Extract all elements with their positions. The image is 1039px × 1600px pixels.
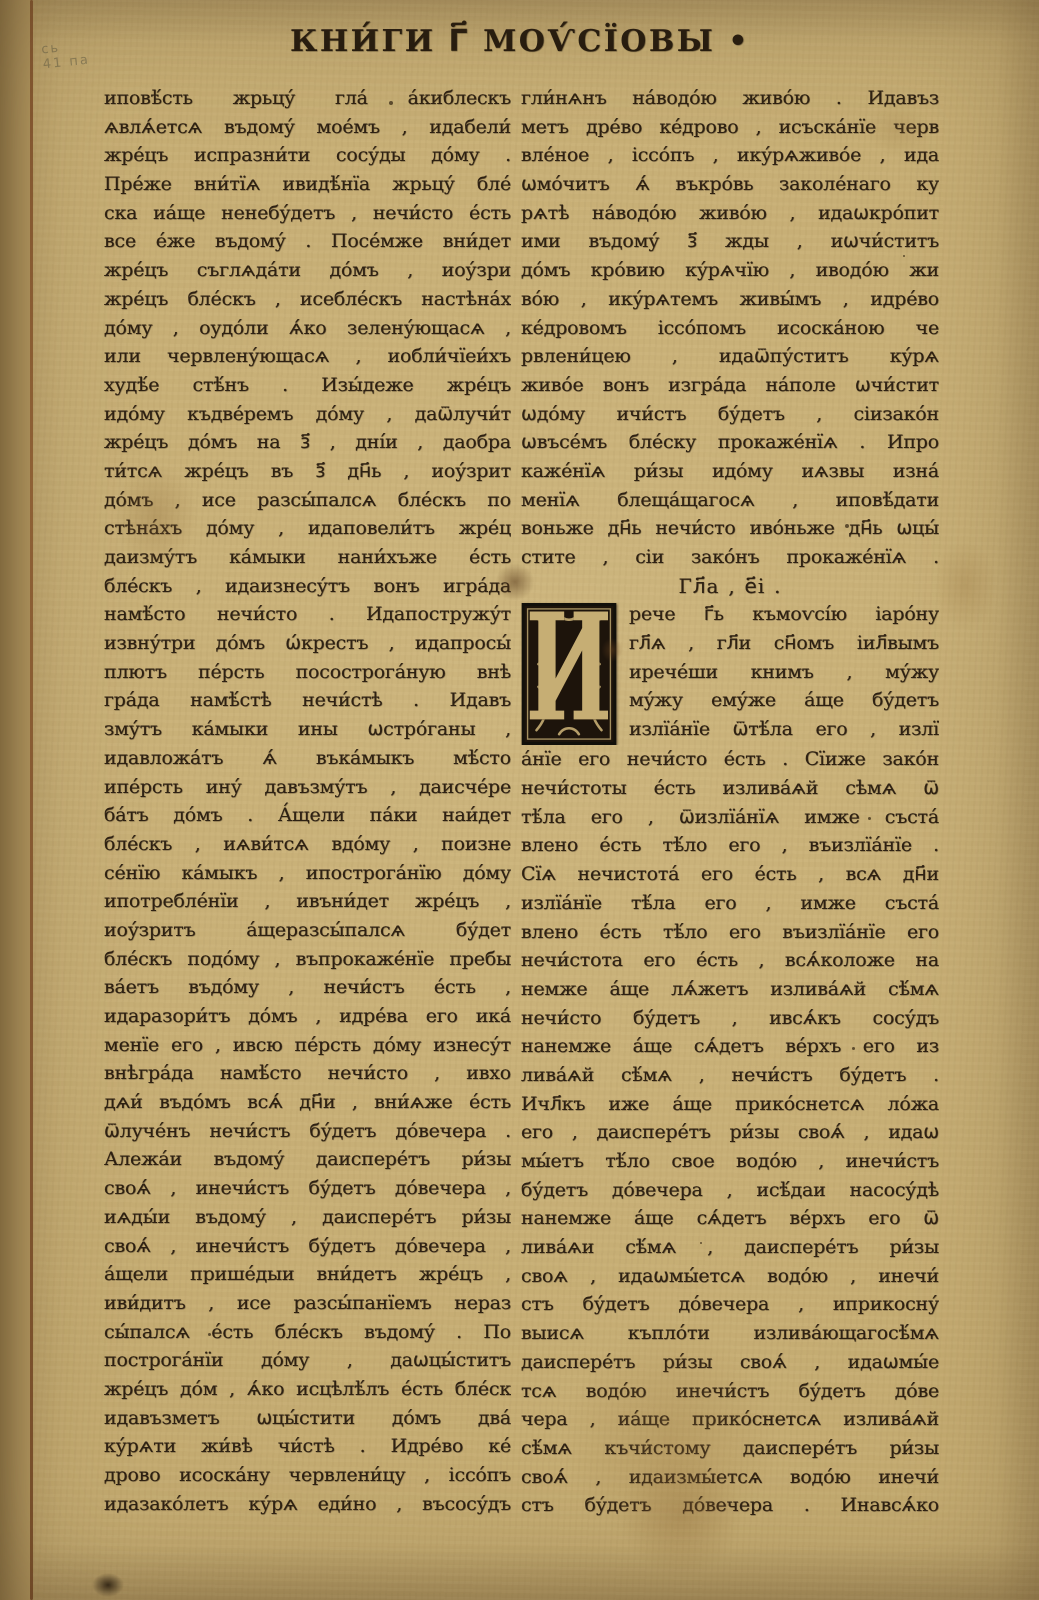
text-line: иоу́зритъ а́щеразсы́палсѧ бу́дет xyxy=(104,916,511,945)
text-line: мы́етъ тѣ́ло свое водо́ю , инечи́стъ xyxy=(521,1147,939,1176)
text-line: до́му , оудо́ли ѧ́ко зелену́ющасѧ , xyxy=(104,314,511,343)
text-line: нанемже а́ще сѧ́детъ ве́рхъ его ѿ xyxy=(521,1204,939,1233)
text-line: дѧи́ въдо́мъ всѧ́ дн҃и , вни́ѧже е́сть xyxy=(104,1088,511,1117)
text-line: ѡмо́читъ ѧ́ въкро́вь заколе́наго ку xyxy=(521,170,939,199)
text-line: Сїѧ нечистота́ его е́сть , всѧ дн҃и xyxy=(521,860,939,889)
stain xyxy=(88,1570,128,1600)
text-line: ѧвлѧ́етсѧ въдому́ мое́мъ , идабели́ xyxy=(104,113,511,142)
text-line: жре́цъ бле́скъ , исебле́скъ настѣна́х xyxy=(104,285,511,314)
text-line: рѧтѣ на́водо́ю живо́ю , идаѡкро́пит xyxy=(521,199,939,228)
text-line: менїе его , ивсю пе́рсть до́му изнесу́т xyxy=(104,1031,511,1060)
text-line: все е́же въдому́ . Посе́мже вни́дет xyxy=(104,227,511,256)
text-line: своѧ́ , инечи́стъ бу́детъ до́вечера , xyxy=(104,1174,511,1203)
text-line: худѣ́е стѣ́нъ . Изы́деже жре́цъ xyxy=(104,371,511,400)
svg-text:И: И xyxy=(525,603,612,745)
text-line: Пре́же вни́тїѧ ивидѣ́нїа жрьцу́ бле́ xyxy=(104,170,511,199)
text-line: живо́е вонъ изгра́да на́поле ѡчи́стит xyxy=(521,371,939,400)
text-line: ку́рѧти жи́вѣ чи́стѣ . Идре́во ке́ xyxy=(104,1432,511,1461)
text-line: гли́нѧнъ на́водо́ю живо́ю . Идавъз xyxy=(521,84,939,113)
chapter-opening-block: Ирече г҃ь къмоѵсі́ю іаро́нугл҃ѧ , гл҃и с… xyxy=(521,600,939,745)
text-line: жре́цъ до́м , ѧ́ко исцѣлѣ́лъ е́сть бле́с… xyxy=(104,1375,511,1404)
text-line: чера , иа́ще прико́снетсѧ излива́ѧй xyxy=(521,1405,939,1434)
text-line: своѧ , идаѡмы́етсѧ водо́ю , инечи́ xyxy=(521,1262,939,1291)
text-line: Алежа́и въдому́ даиспере́тъ ри́зы xyxy=(104,1145,511,1174)
text-line: бле́скъ , идаизнесу́тъ вонъ игра́да xyxy=(104,572,511,601)
text-line: лива́ѧй сѣ́мѧ , нечи́стъ бу́детъ . xyxy=(521,1061,939,1090)
text-line: немже а́ще лѧ́жетъ излива́ѧй сѣ́мѧ xyxy=(521,975,939,1004)
text-line: извну́три до́мъ ѡ́крестъ , идапросы́ xyxy=(104,629,511,658)
text-line: жре́цъ испразни́ти сосу́ды до́му . xyxy=(104,141,511,170)
text-line: сѣ́мѧ къчи́стому даиспере́тъ ри́зы xyxy=(521,1434,939,1463)
scanned-page: сь 41 па КНИ́ГИ Г҃ МОѴ́СЇОВЫ • иповѣ́сть… xyxy=(0,0,1039,1600)
text-line: влено е́сть тѣ́ло его въизлїа́нїе его xyxy=(521,918,939,947)
text-line: во́ю , ику́рѧтемъ живы́мъ , идре́во xyxy=(521,285,939,314)
text-line: построга́нїи до́му , даѡцы́ститъ xyxy=(104,1346,511,1375)
binding-edge xyxy=(0,0,30,1600)
text-line: или червлену́ющасѧ , иобли́чїеи́хъ xyxy=(104,342,511,371)
text-column-right: гли́нѧнъ на́водо́ю живо́ю . Идавъзметъ д… xyxy=(521,84,939,1520)
text-line: ипе́рсть ину́ давъзму́тъ , даисче́ре xyxy=(104,773,511,802)
text-line: стите , сіи зако́нъ прокаже́нїѧ . xyxy=(521,543,939,572)
text-line: его , даиспере́тъ ри́зы своѧ́ , идаѡ xyxy=(521,1118,939,1147)
text-line: излїа́нїе тѣ́ла его , имже съста́ xyxy=(521,889,939,918)
text-line: се́нїю ка́мыкъ , ипострога́нїю до́му xyxy=(104,859,511,888)
text-line: дрово исоска́ну червлени́цу , іссо́пъ xyxy=(104,1461,511,1490)
text-line: гра́да намѣ́стѣ нечи́стѣ . Идавъ xyxy=(104,686,511,715)
text-line: а́нїе его нечи́сто е́сть . Сїиже зако́н xyxy=(521,745,939,774)
text-line: иѧды́и въдому́ , даиспере́тъ ри́зы xyxy=(104,1203,511,1232)
text-line: намѣ́сто нечи́сто . Идапостружу́т xyxy=(104,600,511,629)
text-line: жре́цъ съглѧда́ти до́мъ , иоу́зри xyxy=(104,256,511,285)
text-line: нечи́стота его е́сть , всѧ́коложе на xyxy=(521,946,939,975)
text-line: плютъ пе́рсть посострога́ную внѣ xyxy=(104,658,511,687)
text-line: зму́тъ ка́мыки ины ѡстро́ганы , xyxy=(104,715,511,744)
text-line: ѿлуче́нъ нечи́стъ бу́детъ до́вечера . xyxy=(104,1117,511,1146)
text-line: идо́му къдве́ремъ до́му , даѿлучи́т xyxy=(104,400,511,429)
text-line: му́жу ему́же а́ще бу́детъ xyxy=(629,686,939,715)
handwritten-inscription: сь 41 па xyxy=(41,38,91,73)
text-line: бле́скъ подо́му , въпрокаже́нїе пребы xyxy=(104,945,511,974)
text-line: вле́ное , іссо́пъ , ику́рѧживо́е , ида xyxy=(521,141,939,170)
text-line: ѡдо́му ичи́стъ бу́детъ , сіизако́н xyxy=(521,400,939,429)
text-line: ба́тъ до́мъ . А́щели па́ки наи́дет xyxy=(104,801,511,830)
text-line: бле́скъ , иѧви́тсѧ вдо́му , поизне xyxy=(104,830,511,859)
text-line: внѣгра́да намѣ́сто нечи́сто , ивхо xyxy=(104,1059,511,1088)
text-line: нечи́сто бу́детъ , ивсѧ́къ сосу́дъ xyxy=(521,1004,939,1033)
text-line: нечи́стоты е́сть излива́ѧй сѣмѧ ѿ xyxy=(521,774,939,803)
text-line: ти́тсѧ жре́цъ въ з҃ дн҃ь , иоу́зрит xyxy=(104,457,511,486)
text-line: тсѧ водо́ю инечи́стъ бу́детъ до́ве xyxy=(521,1377,939,1406)
text-line: бу́детъ до́вечера , исѣ́даи насосу́дѣ xyxy=(521,1176,939,1205)
text-line: ипотребле́нїи , ивъни́дет жре́цъ , xyxy=(104,887,511,916)
text-line: рече г҃ь къмоѵсі́ю іаро́ну xyxy=(629,600,939,629)
text-line: нанемже а́ще сѧ́детъ ве́рхъ его из xyxy=(521,1032,939,1061)
text-line: ими въдому́ з҃ жды , иѡчи́ститъ xyxy=(521,227,939,256)
running-title: КНИ́ГИ Г҃ МОѴ́СЇОВЫ • xyxy=(100,24,940,66)
text-line: идазако́летъ ку́рѧ еди́но , въсосу́дъ xyxy=(104,1490,511,1519)
text-line: иви́дитъ , исе разсы́панїемъ нераз xyxy=(104,1289,511,1318)
text-line: даизму́тъ ка́мыки нани́хъже е́сть xyxy=(104,543,511,572)
text-line: жре́цъ до́мъ на з҃ , дні́и , даобра xyxy=(104,428,511,457)
text-line: идавъзметъ ѡцы́стити до́мъ два́ xyxy=(104,1404,511,1433)
text-line: ке́дровомъ іссо́помъ исоска́ною че xyxy=(521,314,939,343)
text-line: гл҃ѧ , гл҃и сн҃омъ іил҃вымъ xyxy=(629,629,939,658)
text-line: выисѧ къпло́ти излива́ющагосѣ́мѧ xyxy=(521,1319,939,1348)
text-line: рвлени́цею , идаѿпу́ститъ ку́рѧ xyxy=(521,342,939,371)
text-line: своѧ́ , инечи́стъ бу́детъ до́вечера , xyxy=(104,1232,511,1261)
text-line: до́мъ , исе разсы́палсѧ бле́скъ по xyxy=(104,486,511,515)
text-line: тѣ́ла его , ѿизлїа́нїѧ имже съста́ xyxy=(521,803,939,832)
text-line: ѡвъсе́мъ бле́ску прокаже́нїѧ . Ипро xyxy=(521,428,939,457)
text-line: стъ бу́детъ до́вечера . Инавсѧ́ко xyxy=(521,1491,939,1520)
text-line: а́щели прише́дыи вни́детъ жре́цъ , xyxy=(104,1260,511,1289)
text-line: иповѣ́сть жрьцу́ гла́ а́киблескъ xyxy=(104,84,511,113)
text-line: ирече́ши книмъ , му́жу xyxy=(629,658,939,687)
text-line: менїѧ блеща́щагосѧ , иповѣ́дати xyxy=(521,486,939,515)
text-line: каже́нїѧ ри́зы идо́му иѧзвы изна́ xyxy=(521,457,939,486)
text-line: лива́ѧи сѣ́мѧ , даиспере́тъ ри́зы xyxy=(521,1233,939,1262)
text-line: стѣна́хъ до́му , идаповели́тъ жре́ц xyxy=(104,514,511,543)
chapter-heading: Гл҃а , е҃і . xyxy=(521,572,939,601)
text-line: сы́палсѧ е́сть бле́скъ въдому́ . По xyxy=(104,1318,511,1347)
text-line: влено е́сть тѣ́ло его , въизлїа́нїе . xyxy=(521,831,939,860)
text-line: даиспере́тъ ри́зы своѧ́ , идаѡмы́е xyxy=(521,1348,939,1377)
text-line: метъ дре́во ке́дрово , исъска́нїе черв xyxy=(521,113,939,142)
text-column-left: иповѣ́сть жрьцу́ гла́ а́киблескъѧвлѧ́етс… xyxy=(104,84,511,1518)
text-line: Ичл҃къ иже а́ще прико́снетсѧ ло́жа xyxy=(521,1090,939,1119)
text-line: до́мъ кро́вию ку́рѧчїю , иводо́ю жи xyxy=(521,256,939,285)
text-line: ска иа́ще ненебу́детъ , нечи́сто е́сть xyxy=(104,199,511,228)
page-edge-line xyxy=(30,0,33,1600)
text-line: ва́етъ въдо́му , нечи́стъ е́сть , xyxy=(104,973,511,1002)
text-line: излїа́нїе ѿтѣ́ла его , излї xyxy=(629,715,939,744)
text-line: воньже дн҃ь нечи́сто иво́ньже дн҃ь ѡцы́ xyxy=(521,514,939,543)
text-line: своѧ́ , идаизмы́етсѧ водо́ю инечи́ xyxy=(521,1463,939,1492)
text-line: стъ бу́детъ до́вечера , иприкосну́ xyxy=(521,1290,939,1319)
drop-cap-initial: И xyxy=(521,603,617,745)
text-line: идаразори́тъ до́мъ , идре́ва его ика́ xyxy=(104,1002,511,1031)
text-line: идавложа́тъ ѧ́ въка́мыкъ мѣ́сто xyxy=(104,744,511,773)
